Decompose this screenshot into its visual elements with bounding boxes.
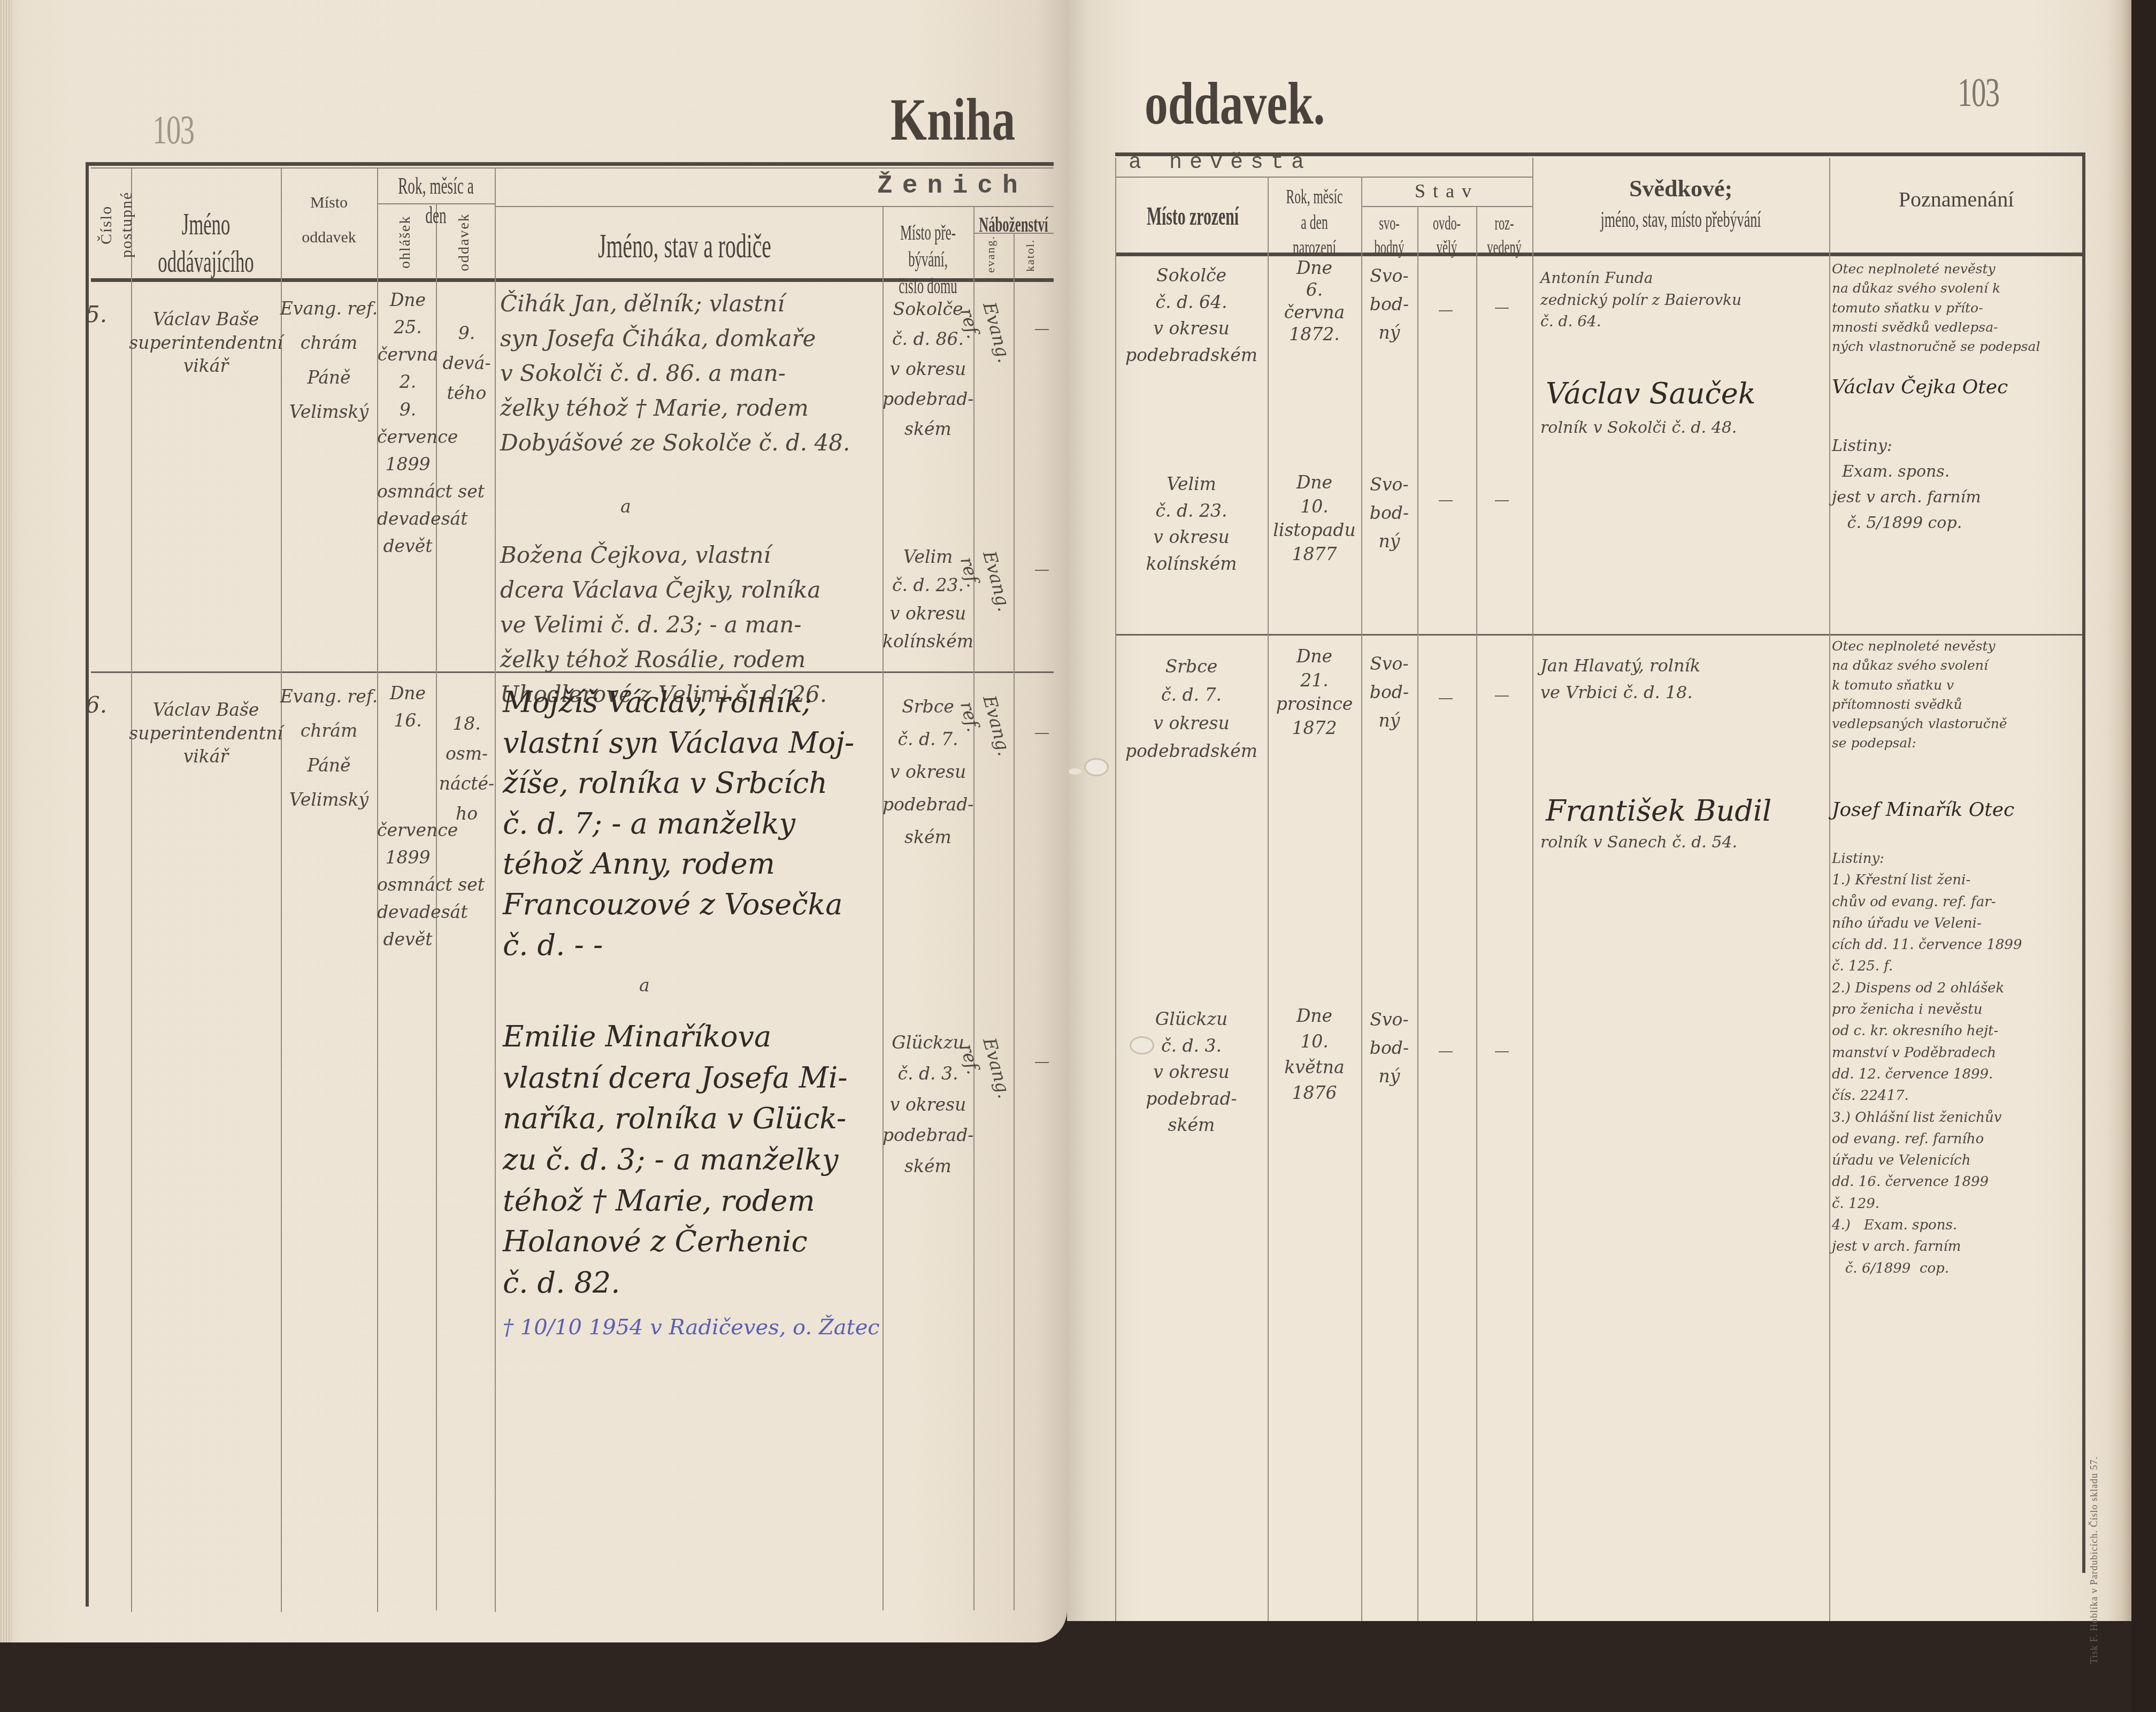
- entry-6-wedding-date: 18. osm- nácté- ho: [439, 709, 495, 829]
- binding-thread: [1086, 760, 1107, 775]
- header-wedding: oddavek: [455, 211, 476, 273]
- entry-6-witness-2-detail: rolník v Sanech č. d. 54.: [1540, 832, 1737, 853]
- entry-6-witness-1: Jan Hlavatý, rolník ve Vrbici č. d. 18.: [1540, 653, 1700, 706]
- entry-5-wedding-date: 9. devá- tého: [439, 318, 495, 408]
- entry-6-groom: Mojžíš Václav, rolník; vlastní syn Václa…: [503, 682, 854, 965]
- entry-5-place: Evang. ref. chrám Páně Velimský: [278, 292, 380, 429]
- dash: [1439, 500, 1453, 501]
- entry-6-bride-birthplace: Glückzu č. d. 3. v okresu podebrad- ském: [1115, 1006, 1268, 1138]
- row-divider-right: [1115, 634, 2083, 636]
- dash: [1035, 329, 1049, 330]
- dash: [1035, 1062, 1049, 1063]
- col-rule: [1014, 233, 1015, 1610]
- entry-6-later-note: † 10/10 1954 v Radičeves, o. Žatec: [503, 1313, 880, 1342]
- entry-5-remarks: Otec neplnoleté nevěsty na důkaz svého s…: [1832, 259, 2040, 356]
- col-rule: [1268, 177, 1269, 1621]
- entry-5-groom-birthplace: Sokolče č. d. 64. v okresu podebradském: [1115, 262, 1268, 368]
- header-birthplace: Místo zrození: [1137, 201, 1249, 233]
- entry-5-groom-status: Svo- bod- ný: [1361, 262, 1417, 347]
- entry-5-bride-birthdate: Dne 10. listopadu 1877: [1268, 471, 1361, 566]
- entry-6-remarks-docs: Listiny: 1.) Křestní list ženi- chův od …: [1832, 848, 2022, 1279]
- dash: [1439, 310, 1453, 311]
- entry-6-bride-birthdate: Dne 10. května 1876: [1268, 1003, 1361, 1105]
- entry-6-groom-birthplace: Srbce č. d. 7. v okresu podebradském: [1115, 653, 1268, 766]
- header-place-1: Místo: [281, 193, 377, 213]
- entry-5-witness-2-signature: Václav Sauček: [1546, 374, 1756, 412]
- dash: [1035, 733, 1049, 734]
- col-rule: [973, 206, 975, 1610]
- entry-5-witness-1: Antonín Funda zednický polír z Baierovku…: [1540, 267, 1741, 333]
- groom-group-rule: [495, 206, 1054, 207]
- table-top-border: [86, 162, 1054, 166]
- page-number-right: 103: [1958, 70, 1999, 116]
- entry-5-bride-status: Svo- bod- ný: [1361, 471, 1417, 555]
- entry-6-groom-status: Svo- bod- ný: [1361, 650, 1417, 735]
- col-rule: [1361, 177, 1362, 1621]
- dash: [1439, 698, 1453, 699]
- entry-6-groom-birthdate: Dne 21. prosince 1872: [1268, 645, 1361, 740]
- entry-6-number: 6.: [86, 690, 107, 720]
- header-number: Číslo postupné: [96, 177, 123, 273]
- entry-6-officiant: Václav Baše superintendentní vikář: [120, 698, 291, 768]
- book-edge: [2107, 0, 2131, 1621]
- table-top-inner: [91, 167, 1054, 169]
- header-bride-group: a nevěsta: [1129, 150, 1396, 177]
- page-edges: [0, 0, 12, 1642]
- dash: [1495, 695, 1509, 697]
- entry-6-banns: Dne 16. července 1899 osmnáct set devade…: [377, 679, 439, 953]
- title-right: oddavek.: [1145, 70, 1325, 139]
- table-left-border: [86, 162, 89, 1607]
- header-remarks: Poznamenání: [1829, 186, 2083, 213]
- printer-imprint: Tisk F. Hoblíka v Pardubicích. Číslo skl…: [2089, 1359, 2100, 1664]
- entry-5-banns: Dne 25. června 2. 9. července 1899 osmná…: [377, 286, 439, 560]
- entry-6-bride: Emilie Minaříkova vlastní dcera Josefa M…: [503, 1017, 848, 1304]
- entry-6-bride-status: Svo- bod- ný: [1361, 1006, 1417, 1090]
- header-officiant: Jméno oddávajícího: [153, 206, 259, 281]
- entry-5-and: a: [620, 495, 631, 518]
- header-birthdate: Rok, měsíc a den narození: [1279, 185, 1350, 261]
- header-katol: katol.: [1023, 238, 1042, 273]
- header-place-2: oddavek: [281, 227, 377, 248]
- header-widowed: ovdo- vělý: [1425, 211, 1469, 259]
- status-group-rule: [1361, 206, 1532, 207]
- entry-5-groom: Čihák Jan, dělník; vlastní syn Josefa Či…: [500, 286, 850, 460]
- col-rule: [1829, 158, 1830, 1621]
- entry-6-and: a: [639, 974, 650, 997]
- dash: [1495, 308, 1509, 309]
- header-witnesses-sub: jméno, stav, místo přebývání: [1567, 206, 1794, 234]
- header-residence: Místo pře- bývání, číslo domu: [890, 219, 966, 300]
- entry-6-remarks: Otec neplnoleté nevěsty na důkaz svého s…: [1832, 637, 2007, 753]
- col-rule: [1115, 158, 1116, 1621]
- dash: [1495, 500, 1509, 501]
- table-right-border: [2082, 152, 2085, 1573]
- header-religion-group: Náboženství: [979, 211, 1048, 238]
- entry-5-bride-birthplace: Velim č. d. 23. v okresu kolínském: [1115, 471, 1268, 577]
- header-groom-group: Ženich: [877, 170, 1059, 202]
- header-name-status-parents: Jméno, stav a rodiče: [592, 225, 777, 267]
- dash: [1495, 1051, 1509, 1052]
- col-rule: [1476, 206, 1477, 1621]
- header-bottom-border-right: [1115, 253, 2083, 256]
- page-number-left: 103: [152, 107, 194, 154]
- entry-6-witness-2-signature: František Budil: [1546, 792, 1771, 830]
- col-rule: [1417, 206, 1418, 1621]
- background-right: [2131, 0, 2156, 1712]
- dash: [1439, 1051, 1453, 1052]
- entry-5-groom-birthdate: Dne 6. června 1872.: [1268, 257, 1361, 345]
- entry-5-officiant: Václav Baše superintendentní vikář: [120, 308, 291, 378]
- col-rule: [495, 167, 496, 1612]
- col-rule: [1532, 158, 1533, 1621]
- dash: [1035, 570, 1049, 571]
- entry-6-remarks-signature: Josef Minařík Otec: [1832, 797, 2014, 823]
- entry-5-remarks-signature: Václav Čejka Otec: [1832, 374, 2008, 400]
- entry-5-witness-2-detail: rolník v Sokolči č. d. 48.: [1540, 417, 1737, 439]
- bride-group-rule: [1115, 177, 1532, 178]
- header-witnesses-title: Svědkové;: [1532, 174, 1829, 203]
- entry-6-place: Evang. ref. chrám Páně Velimský: [278, 679, 380, 817]
- col-rule: [131, 167, 132, 1612]
- header-evang: evang.: [983, 238, 1002, 273]
- header-divorced: roz- vedený: [1482, 211, 1527, 259]
- title-left: Kniha: [891, 86, 1015, 155]
- entry-5-remarks-docs: Listiny: Exam. spons. jest v arch. farní…: [1832, 433, 1981, 536]
- entry-5-number: 5.: [86, 300, 107, 329]
- header-banns: ohlášek: [396, 211, 417, 273]
- header-single: svo- bodný: [1369, 211, 1410, 259]
- header-status-group: Stav: [1361, 179, 1532, 203]
